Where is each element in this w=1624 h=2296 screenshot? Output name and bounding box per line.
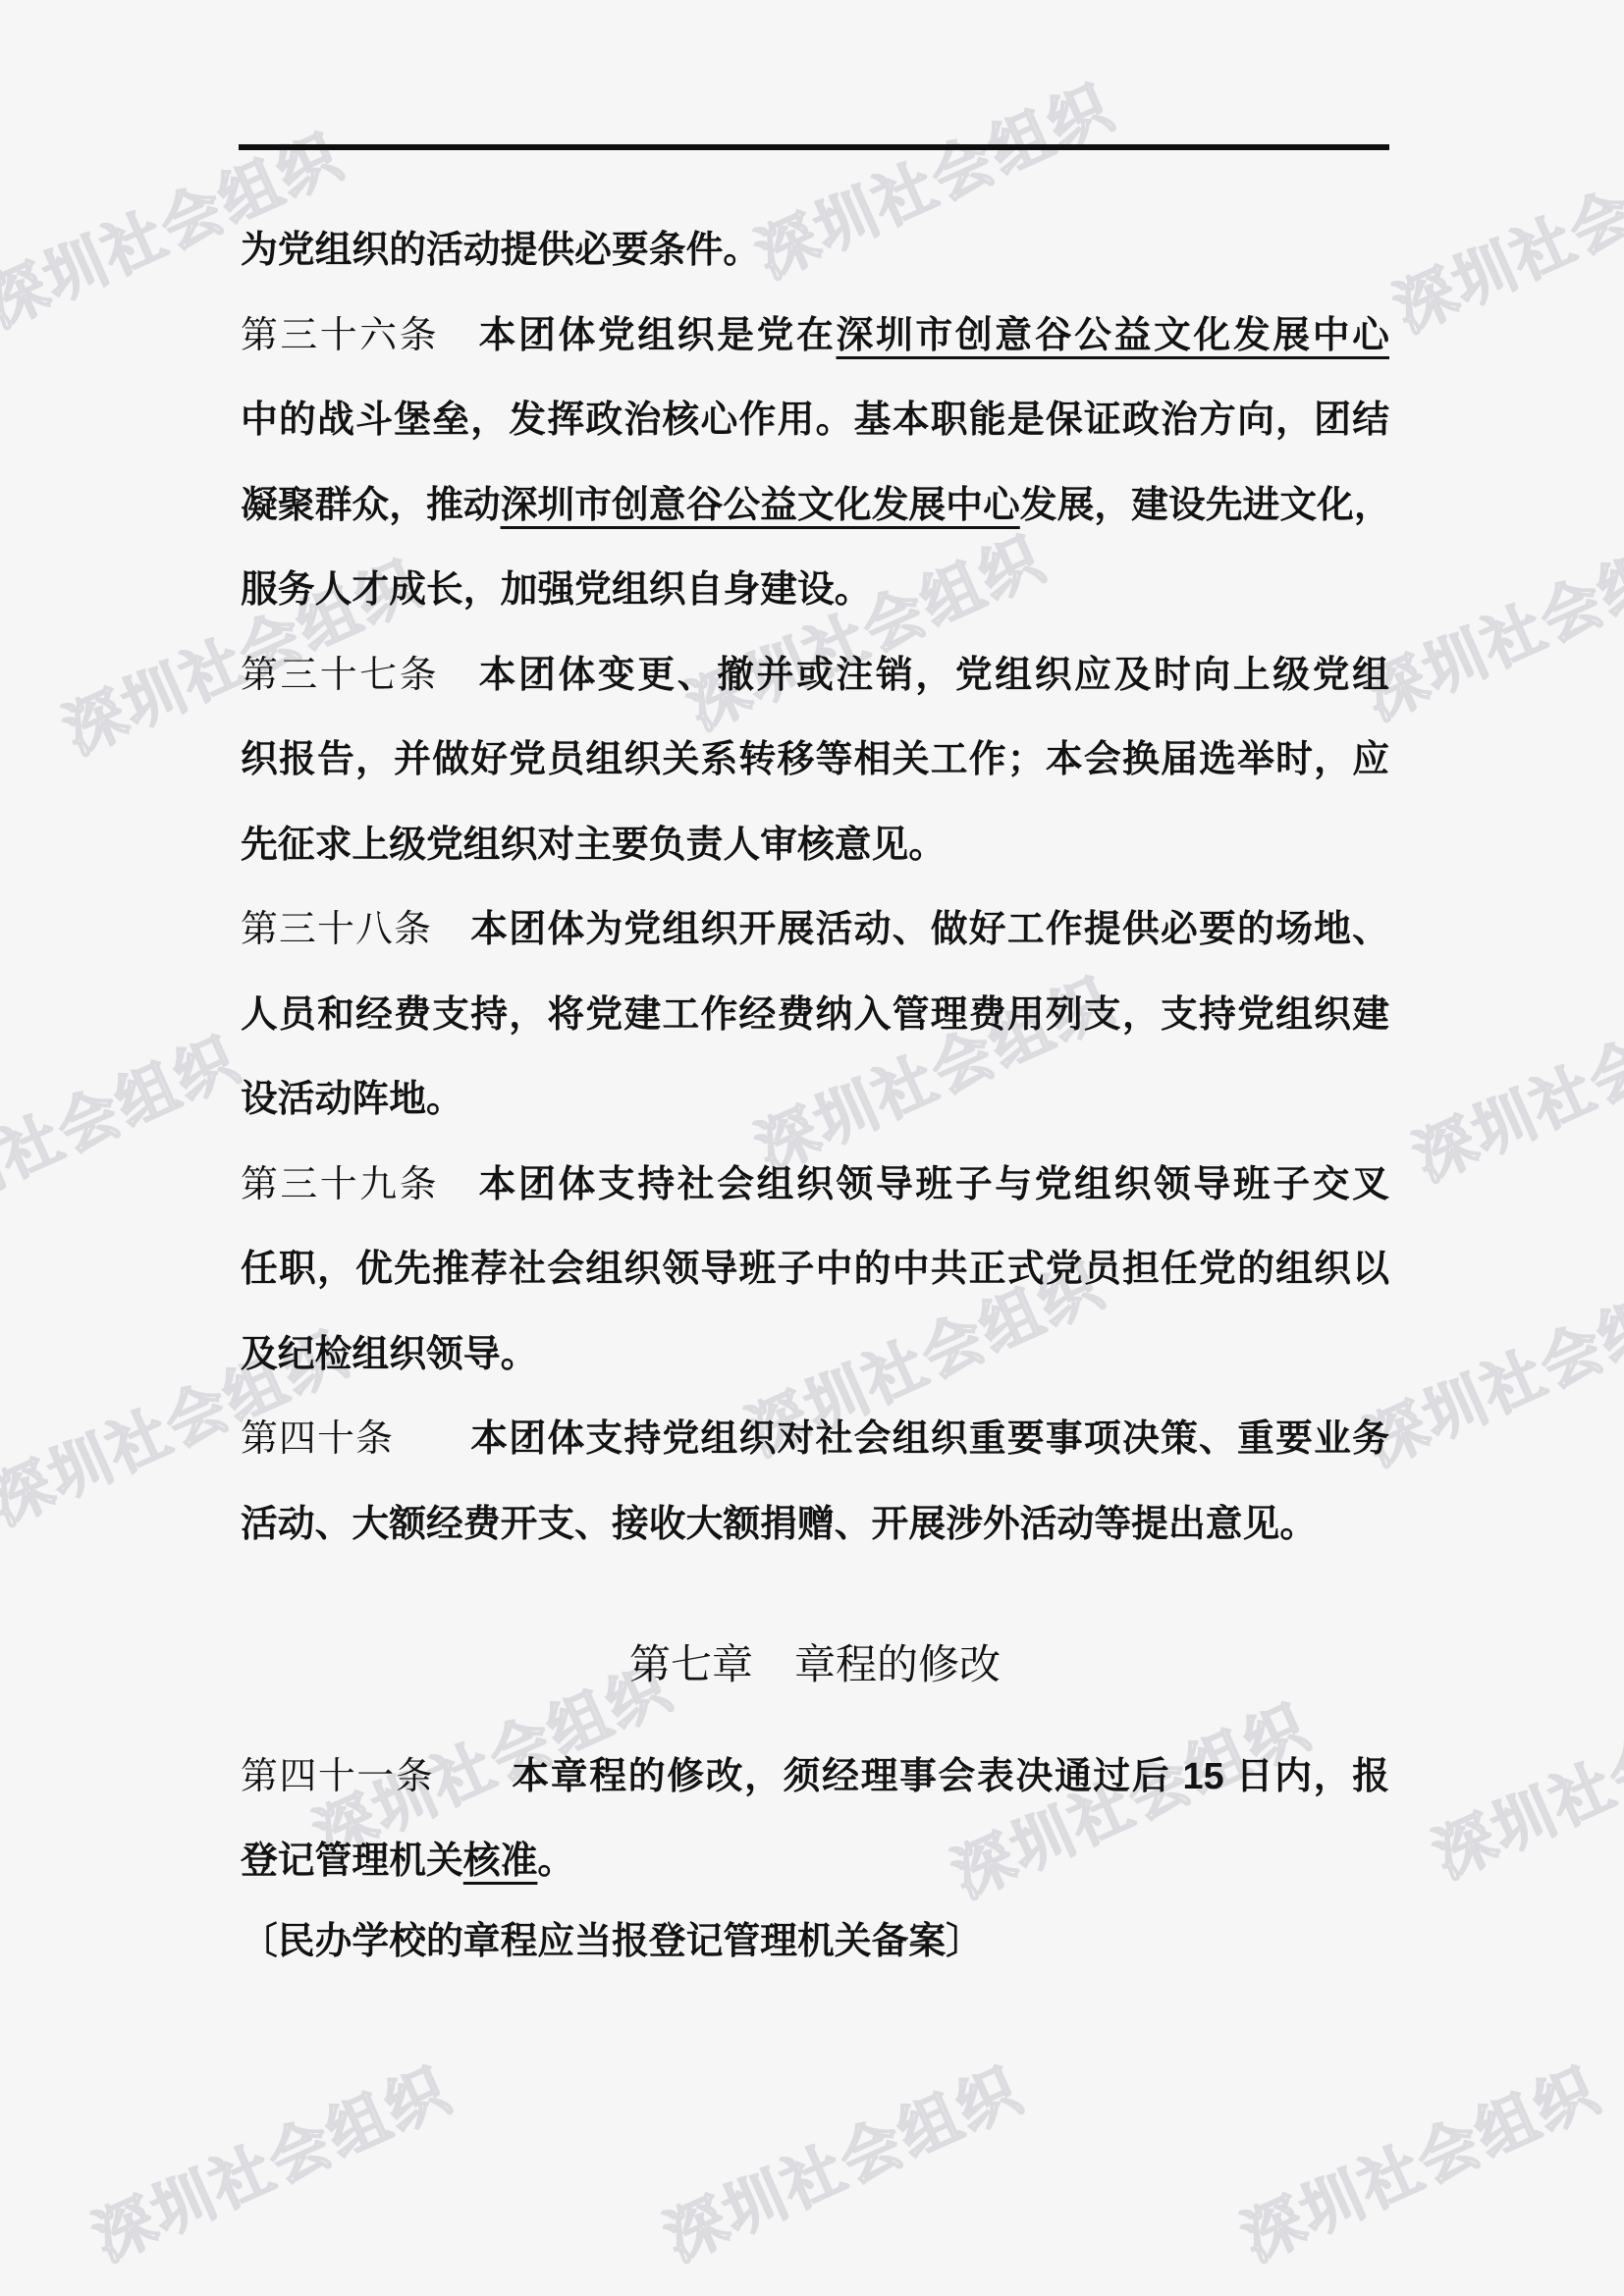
- watermark-text: 深圳社会组织: [1379, 113, 1624, 348]
- body-text: 。: [537, 1841, 574, 1882]
- text-line: 第三十六条 本团体党组织是党在深圳市创意谷公益文化发展中心: [241, 294, 1389, 379]
- article-39: 第三十九条 本团体支持社会组织领导班子与党组织领导班子交叉任职，优先推荐社会组织…: [241, 1143, 1389, 1398]
- text-line: 为党组织的活动提供必要条件。: [241, 208, 1389, 294]
- article-41: 第四十一条 本章程的修改，须经理事会表决通过后 15 日内，报登记管理机关核准。: [241, 1735, 1389, 1904]
- article-40: 第四十条 本团体支持党组织对社会组织重要事项决策、重要业务活动、大额经费开支、接…: [241, 1397, 1389, 1567]
- text-line: 设活动阵地。: [241, 1057, 1389, 1143]
- text-line: 及纪检组织领导。: [241, 1312, 1389, 1398]
- article-number: 第三十九条: [241, 1164, 479, 1205]
- text-line: 任职，优先推荐社会组织领导班子中的中共正式党员担任党的组织以: [241, 1227, 1389, 1312]
- paragraph-continuation: 为党组织的活动提供必要条件。: [241, 208, 1389, 294]
- article-number: 第三十七条: [241, 655, 479, 696]
- text-line: 登记管理机关核准。: [241, 1819, 1389, 1904]
- text-line: 先征求上级党组织对主要负责人审核意见。: [241, 803, 1389, 888]
- body-text: 登记管理机关: [241, 1841, 463, 1882]
- body-text: 本团体支持党组织对社会组织重要事项决策、重要业务: [470, 1418, 1389, 1460]
- text-line: 活动、大额经费开支、接收大额捐赠、开展涉外活动等提出意见。: [241, 1482, 1389, 1568]
- article-number: 第四十一条: [241, 1756, 512, 1797]
- article-37: 第三十七条 本团体变更、撤并或注销，党组织应及时向上级党组织报告，并做好党员组织…: [241, 633, 1389, 888]
- body-text: 本章程的修改，须经理事会表决通过后 15 日内，报: [512, 1756, 1389, 1797]
- article-number: 第四十条: [241, 1418, 470, 1460]
- text-line: 织报告，并做好党员组织关系转移等相关工作；本会换届选举时，应: [241, 718, 1389, 803]
- articles-lower: 第四十一条 本章程的修改，须经理事会表决通过后 15 日内，报登记管理机关核准。…: [241, 1735, 1389, 1985]
- underlined-text: 深圳市创意谷公益文化发展中心: [837, 315, 1389, 356]
- article-36: 第三十六条 本团体党组织是党在深圳市创意谷公益文化发展中心中的战斗堡垒，发挥政治…: [241, 294, 1389, 633]
- body-text: 先征求上级党组织对主要负责人审核意见。: [241, 825, 946, 866]
- body-text: 本团体支持社会组织领导班子与党组织领导班子交叉: [479, 1164, 1389, 1205]
- body-text: 中的战斗堡垒，发挥政治核心作用。基本职能是保证政治方向，团结: [241, 400, 1389, 441]
- articles-upper: 为党组织的活动提供必要条件。第三十六条 本团体党组织是党在深圳市创意谷公益文化发…: [241, 208, 1389, 1567]
- watermark-text: 深圳社会组织: [1349, 1247, 1624, 1482]
- body-text: 发展，建设先进文化，: [1020, 485, 1391, 526]
- watermark-text: 深圳社会组织: [1226, 2042, 1611, 2277]
- document-content: 为党组织的活动提供必要条件。第三十六条 本团体党组织是党在深圳市创意谷公益文化发…: [241, 208, 1389, 1984]
- text-line: 第三十九条 本团体支持社会组织领导班子与党组织领导班子交叉: [241, 1143, 1389, 1228]
- header-rule: [239, 144, 1389, 150]
- body-text: 凝聚群众，推动: [241, 485, 501, 526]
- text-line: 第四十一条 本章程的修改，须经理事会表决通过后 15 日内，报: [241, 1735, 1389, 1820]
- school-note: 〔民办学校的章程应当报登记管理机关备案〕: [241, 1899, 1389, 1985]
- watermark-text: 深圳社会组织: [1349, 501, 1624, 736]
- text-line: 服务人才成长，加强党组织自身建设。: [241, 548, 1389, 633]
- body-text: 设活动阵地。: [241, 1079, 463, 1120]
- body-text: 织报告，并做好党员组织关系转移等相关工作；本会换届选举时，应: [241, 739, 1389, 780]
- body-text: 本团体党组织是党在: [479, 315, 837, 356]
- text-line: 第三十七条 本团体变更、撤并或注销，党组织应及时向上级党组: [241, 633, 1389, 719]
- body-text: 本团体为党组织开展活动、做好工作提供必要的场地、: [470, 909, 1389, 950]
- chapter-heading: 第七章 章程的修改: [241, 1623, 1389, 1708]
- text-line: 第四十条 本团体支持党组织对社会组织重要事项决策、重要业务: [241, 1397, 1389, 1482]
- body-text: 及纪检组织领导。: [241, 1334, 537, 1375]
- body-text: 〔民办学校的章程应当报登记管理机关备案〕: [241, 1921, 983, 1962]
- body-text: 人员和经费支持，将党建工作经费纳入管理费用列支，支持党组织建: [241, 994, 1389, 1036]
- watermark-text: 深圳社会组织: [1418, 1659, 1624, 1895]
- article-number: 第三十六条: [241, 315, 479, 356]
- watermark-text: 深圳社会组织: [0, 1011, 251, 1247]
- body-text: 活动、大额经费开支、接收大额捐赠、开展涉外活动等提出意见。: [241, 1504, 1317, 1545]
- watermark-text: 深圳社会组织: [78, 2042, 462, 2277]
- underlined-text: 深圳市创意谷公益文化发展中心: [501, 485, 1020, 526]
- text-line: 人员和经费支持，将党建工作经费纳入管理费用列支，支持党组织建: [241, 973, 1389, 1058]
- underlined-text: 核准: [463, 1841, 538, 1882]
- body-text: 为党组织的活动提供必要条件。: [241, 230, 760, 271]
- text-line: 凝聚群众，推动深圳市创意谷公益文化发展中心发展，建设先进文化，: [241, 463, 1389, 549]
- body-text: 服务人才成长，加强党组织自身建设。: [241, 569, 872, 611]
- article-number: 第三十八条: [241, 909, 470, 950]
- text-line: 第三十八条 本团体为党组织开展活动、做好工作提供必要的场地、: [241, 887, 1389, 973]
- text-line: 中的战斗堡垒，发挥政治核心作用。基本职能是保证政治方向，团结: [241, 378, 1389, 463]
- watermark-text: 深圳社会组织: [649, 2042, 1034, 2277]
- watermark-text: 深圳社会组织: [1398, 962, 1624, 1198]
- article-38: 第三十八条 本团体为党组织开展活动、做好工作提供必要的场地、人员和经费支持，将党…: [241, 887, 1389, 1143]
- body-text: 任职，优先推荐社会组织领导班子中的中共正式党员担任党的组织以: [241, 1249, 1389, 1290]
- document-page: 深圳社会组织深圳社会组织深圳社会组织深圳社会组织深圳社会组织深圳社会组织深圳社会…: [0, 0, 1624, 2296]
- body-text: 本团体变更、撤并或注销，党组织应及时向上级党组: [479, 655, 1389, 696]
- text-line: 〔民办学校的章程应当报登记管理机关备案〕: [241, 1899, 1389, 1985]
